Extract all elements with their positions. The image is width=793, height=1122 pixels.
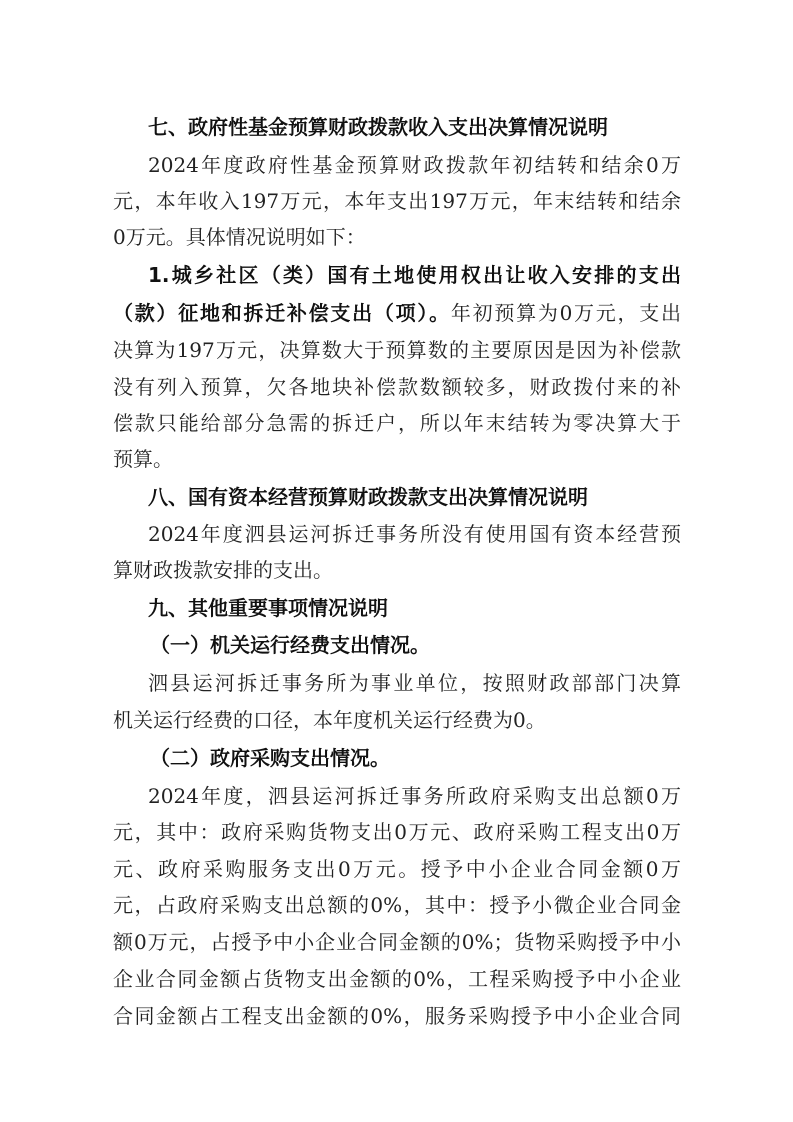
subsection-2-paragraph-line: 元，其中：政府采购货物支出0万元、政府采购工程支出0万 xyxy=(113,819,681,845)
section-7-heading: 七、政府性基金预算财政拨款收入支出决算情况说明 xyxy=(148,114,681,140)
item-1-body-line: 偿款只能给部分急需的拆迁户，所以年末结转为零决算大于 xyxy=(113,410,681,436)
item-1-title-continued: （款）征地和拆迁补偿支出（项）。 xyxy=(113,301,451,325)
item-1-title-line: 1.城乡社区（类）国有土地使用权出让收入安排的支出 xyxy=(148,262,681,288)
item-1-body-line: 没有列入预算，欠各地块补偿款数额较多，财政拨付来的补 xyxy=(113,374,681,400)
item-1-title-line-with-text: （款）征地和拆迁补偿支出（项）。年初预算为0万元，支出 xyxy=(113,300,681,326)
section-8-heading: 八、国有资本经营预算财政拨款支出决算情况说明 xyxy=(148,484,681,510)
subsection-2-heading: （二）政府采购支出情况。 xyxy=(150,745,680,771)
subsection-1-paragraph-line: 机关运行经费的口径，本年度机关运行经费为0。 xyxy=(113,707,681,733)
section-8-paragraph-line: 算财政拨款安排的支出。 xyxy=(113,557,681,583)
item-1-body-line: 预算。 xyxy=(113,446,681,472)
subsection-2-paragraph-line: 额0万元，占授予中小企业合同金额的0%；货物采购授予中小 xyxy=(113,929,681,955)
section-8-paragraph-line: 2024年度泗县运河拆迁事务所没有使用国有资本经营预 xyxy=(148,521,681,547)
subsection-1-paragraph-line: 泗县运河拆迁事务所为事业单位，按照财政部部门决算 xyxy=(148,670,681,696)
section-7-paragraph-line: 元，本年收入197万元，本年支出197万元，年末结转和结余 xyxy=(113,188,681,214)
subsection-2-paragraph-line: 2024年度，泗县运河拆迁事务所政府采购支出总额0万 xyxy=(148,783,681,809)
document-page: 七、政府性基金预算财政拨款收入支出决算情况说明 2024年度政府性基金预算财政拨… xyxy=(0,0,793,1122)
item-1-body-line: 决算为197万元，决算数大于预算数的主要原因是因为补偿款 xyxy=(113,337,681,363)
subsection-2-paragraph-line: 元，占政府采购支出总额的0%，其中：授予小微企业合同金 xyxy=(113,892,681,918)
subsection-2-paragraph-line: 合同金额占工程支出金额的0%，服务采购授予中小企业合同 xyxy=(113,1003,681,1029)
section-9-heading: 九、其他重要事项情况说明 xyxy=(148,595,681,621)
section-7-paragraph-line: 0万元。具体情况说明如下： xyxy=(113,224,681,250)
subsection-2-paragraph-line: 企业合同金额占货物支出金额的0%，工程采购授予中小企业 xyxy=(113,966,681,992)
subsection-1-heading: （一）机关运行经费支出情况。 xyxy=(150,632,680,658)
item-1-budget-text: 年初预算为0万元，支出 xyxy=(451,301,681,325)
section-7-paragraph-line: 2024年度政府性基金预算财政拨款年初结转和结余0万 xyxy=(148,152,681,178)
subsection-2-paragraph-line: 元、政府采购服务支出0万元。授予中小企业合同金额0万 xyxy=(113,856,681,882)
